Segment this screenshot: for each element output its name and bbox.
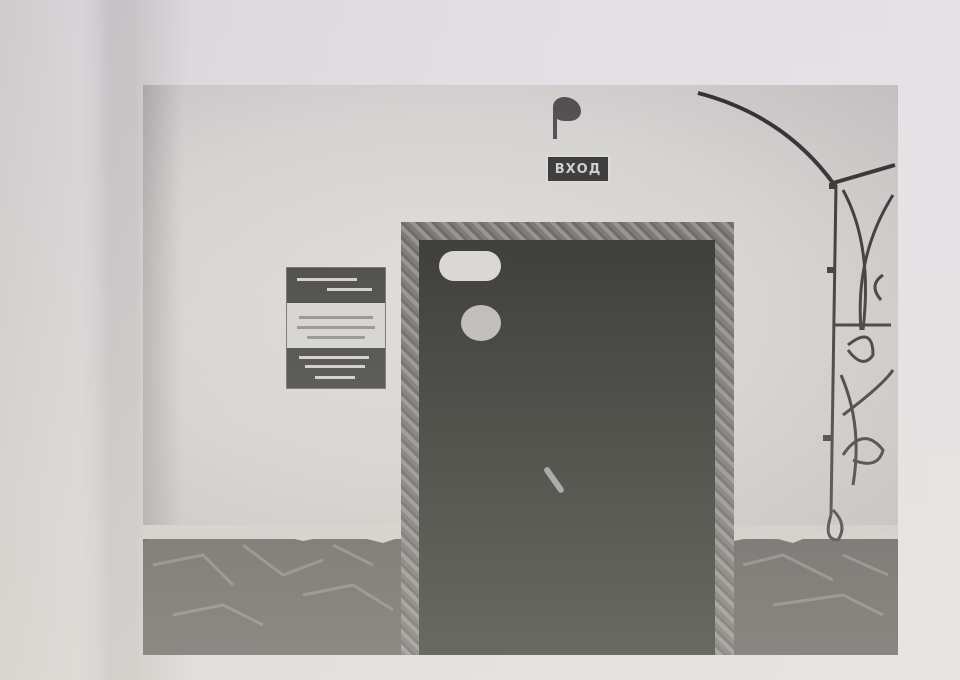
metal-door: [419, 240, 715, 655]
info-text-line: [315, 376, 355, 379]
info-text-line: [327, 288, 372, 291]
page-binding-shadow: [80, 0, 140, 680]
info-text-line: [297, 278, 357, 281]
info-board-header: [287, 268, 385, 303]
info-text-line: [305, 365, 365, 368]
door-sticker-round: [461, 305, 501, 341]
entrance-sign: ВХОД: [546, 155, 610, 183]
printed-photograph: ВХОД: [143, 85, 898, 655]
entrance-sign-text: ВХОД: [555, 162, 602, 177]
info-board-footer: [287, 348, 385, 388]
wrought-iron-railing: [828, 185, 893, 540]
info-text-line: [299, 316, 373, 319]
info-text-line: [307, 336, 365, 339]
info-board: [286, 267, 386, 389]
info-text-line: [299, 356, 369, 359]
door-sticker: [439, 251, 501, 281]
info-text-line: [297, 326, 375, 329]
